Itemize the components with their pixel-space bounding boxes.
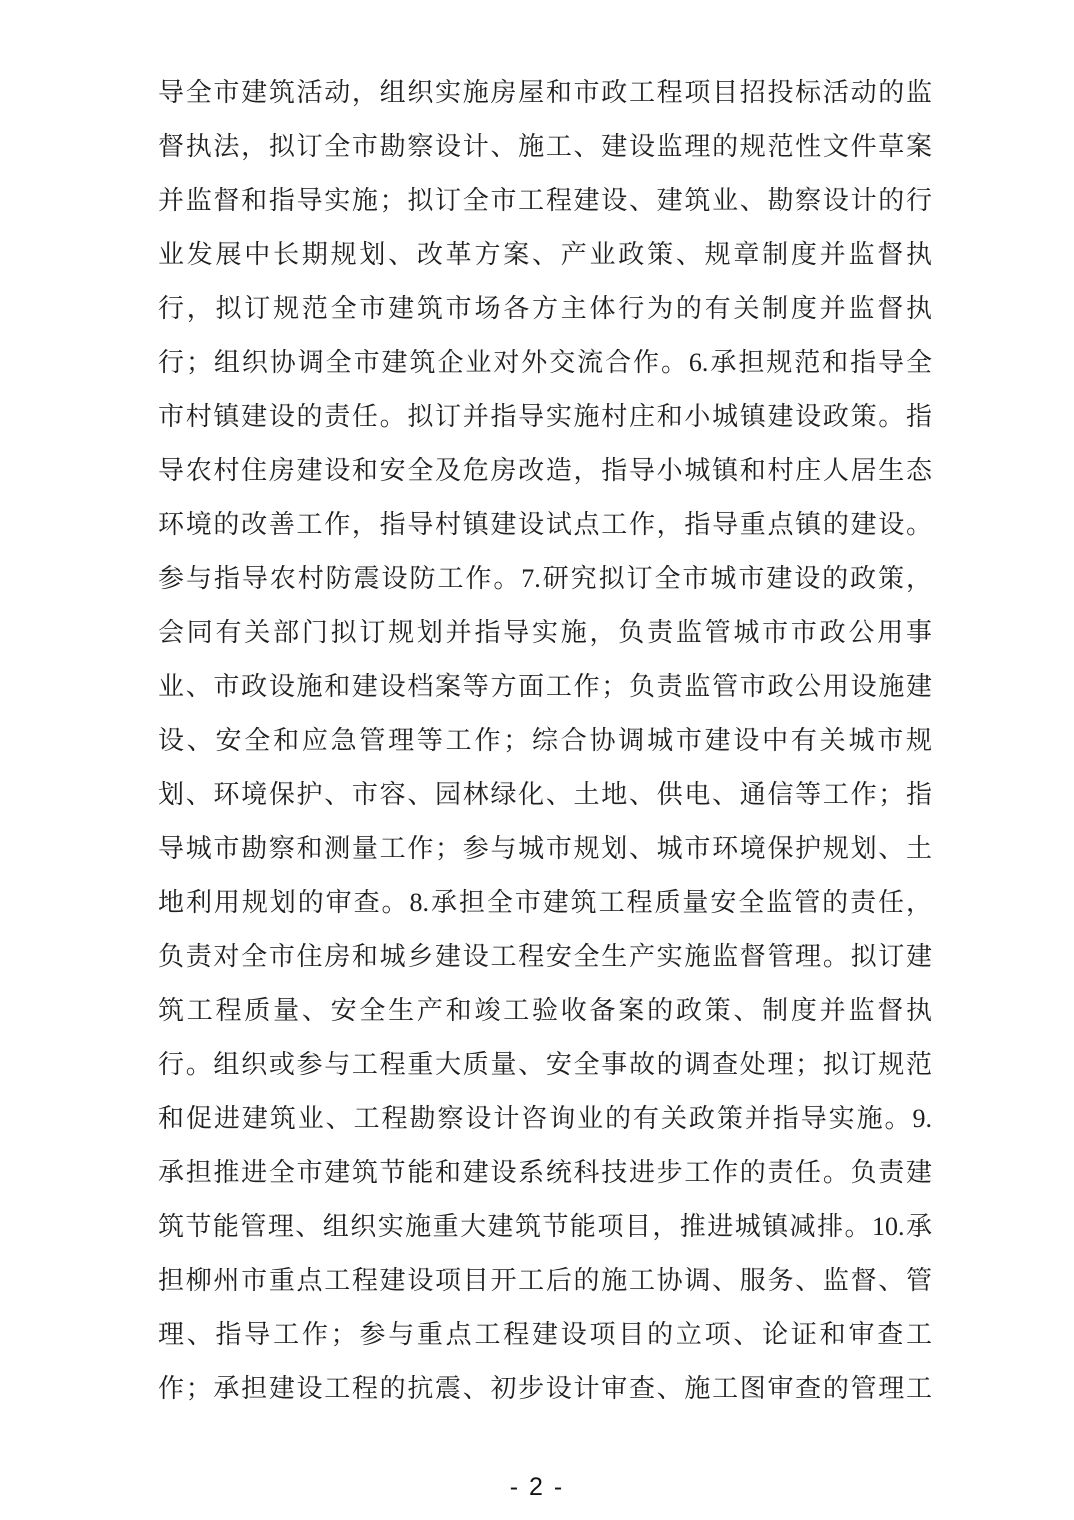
text-line: 担柳州市重点工程建设项目开工后的施工协调、服务、监督、管 — [158, 1254, 932, 1308]
text-line: 会同有关部门拟订规划并指导实施，负责监管城市市政公用事 — [158, 606, 932, 660]
text-line: 环境的改善工作，指导村镇建设试点工作，指导重点镇的建设。 — [158, 498, 932, 552]
text-line: 督执法，拟订全市勘察设计、施工、建设监理的规范性文件草案 — [158, 120, 932, 174]
text-line: 导农村住房建设和安全及危房改造，指导小城镇和村庄人居生态 — [158, 444, 932, 498]
text-line: 市村镇建设的责任。拟订并指导实施村庄和小城镇建设政策。指 — [158, 390, 932, 444]
text-line: 业发展中长期规划、改革方案、产业政策、规章制度并监督执 — [158, 228, 932, 282]
text-line: 并监督和指导实施；拟订全市工程建设、建筑业、勘察设计的行 — [158, 174, 932, 228]
document-page: 导全市建筑活动，组织实施房屋和市政工程项目招投标活动的监督执法，拟订全市勘察设计… — [0, 0, 1074, 1520]
text-line: 导全市建筑活动，组织实施房屋和市政工程项目招投标活动的监 — [158, 66, 932, 120]
text-line: 承担推进全市建筑节能和建设系统科技进步工作的责任。负责建 — [158, 1146, 932, 1200]
text-line: 筑工程质量、安全生产和竣工验收备案的政策、制度并监督执 — [158, 984, 932, 1038]
body-text: 导全市建筑活动，组织实施房屋和市政工程项目招投标活动的监督执法，拟订全市勘察设计… — [158, 66, 932, 1416]
text-line: 业、市政设施和建设档案等方面工作；负责监管市政公用设施建 — [158, 660, 932, 714]
text-line: 筑节能管理、组织实施重大建筑节能项目，推进城镇减排。10.承 — [158, 1200, 932, 1254]
text-line: 负责对全市住房和城乡建设工程安全生产实施监督管理。拟订建 — [158, 930, 932, 984]
text-line: 行，拟订规范全市建筑市场各方主体行为的有关制度并监督执 — [158, 282, 932, 336]
text-line: 和促进建筑业、工程勘察设计咨询业的有关政策并指导实施。9. — [158, 1092, 932, 1146]
text-line: 参与指导农村防震设防工作。7.研究拟订全市城市建设的政策， — [158, 552, 932, 606]
text-line: 设、安全和应急管理等工作；综合协调城市建设中有关城市规 — [158, 714, 932, 768]
text-line: 行；组织协调全市建筑企业对外交流合作。6.承担规范和指导全 — [158, 336, 932, 390]
page-number: - 2 - — [0, 1470, 1074, 1504]
text-line: 作；承担建设工程的抗震、初步设计审查、施工图审查的管理工 — [158, 1362, 932, 1416]
text-line: 地利用规划的审查。8.承担全市建筑工程质量安全监管的责任， — [158, 876, 932, 930]
text-line: 理、指导工作；参与重点工程建设项目的立项、论证和审查工 — [158, 1308, 932, 1362]
text-line: 行。组织或参与工程重大质量、安全事故的调查处理；拟订规范 — [158, 1038, 932, 1092]
text-line: 划、环境保护、市容、园林绿化、土地、供电、通信等工作；指 — [158, 768, 932, 822]
text-line: 导城市勘察和测量工作；参与城市规划、城市环境保护规划、土 — [158, 822, 932, 876]
